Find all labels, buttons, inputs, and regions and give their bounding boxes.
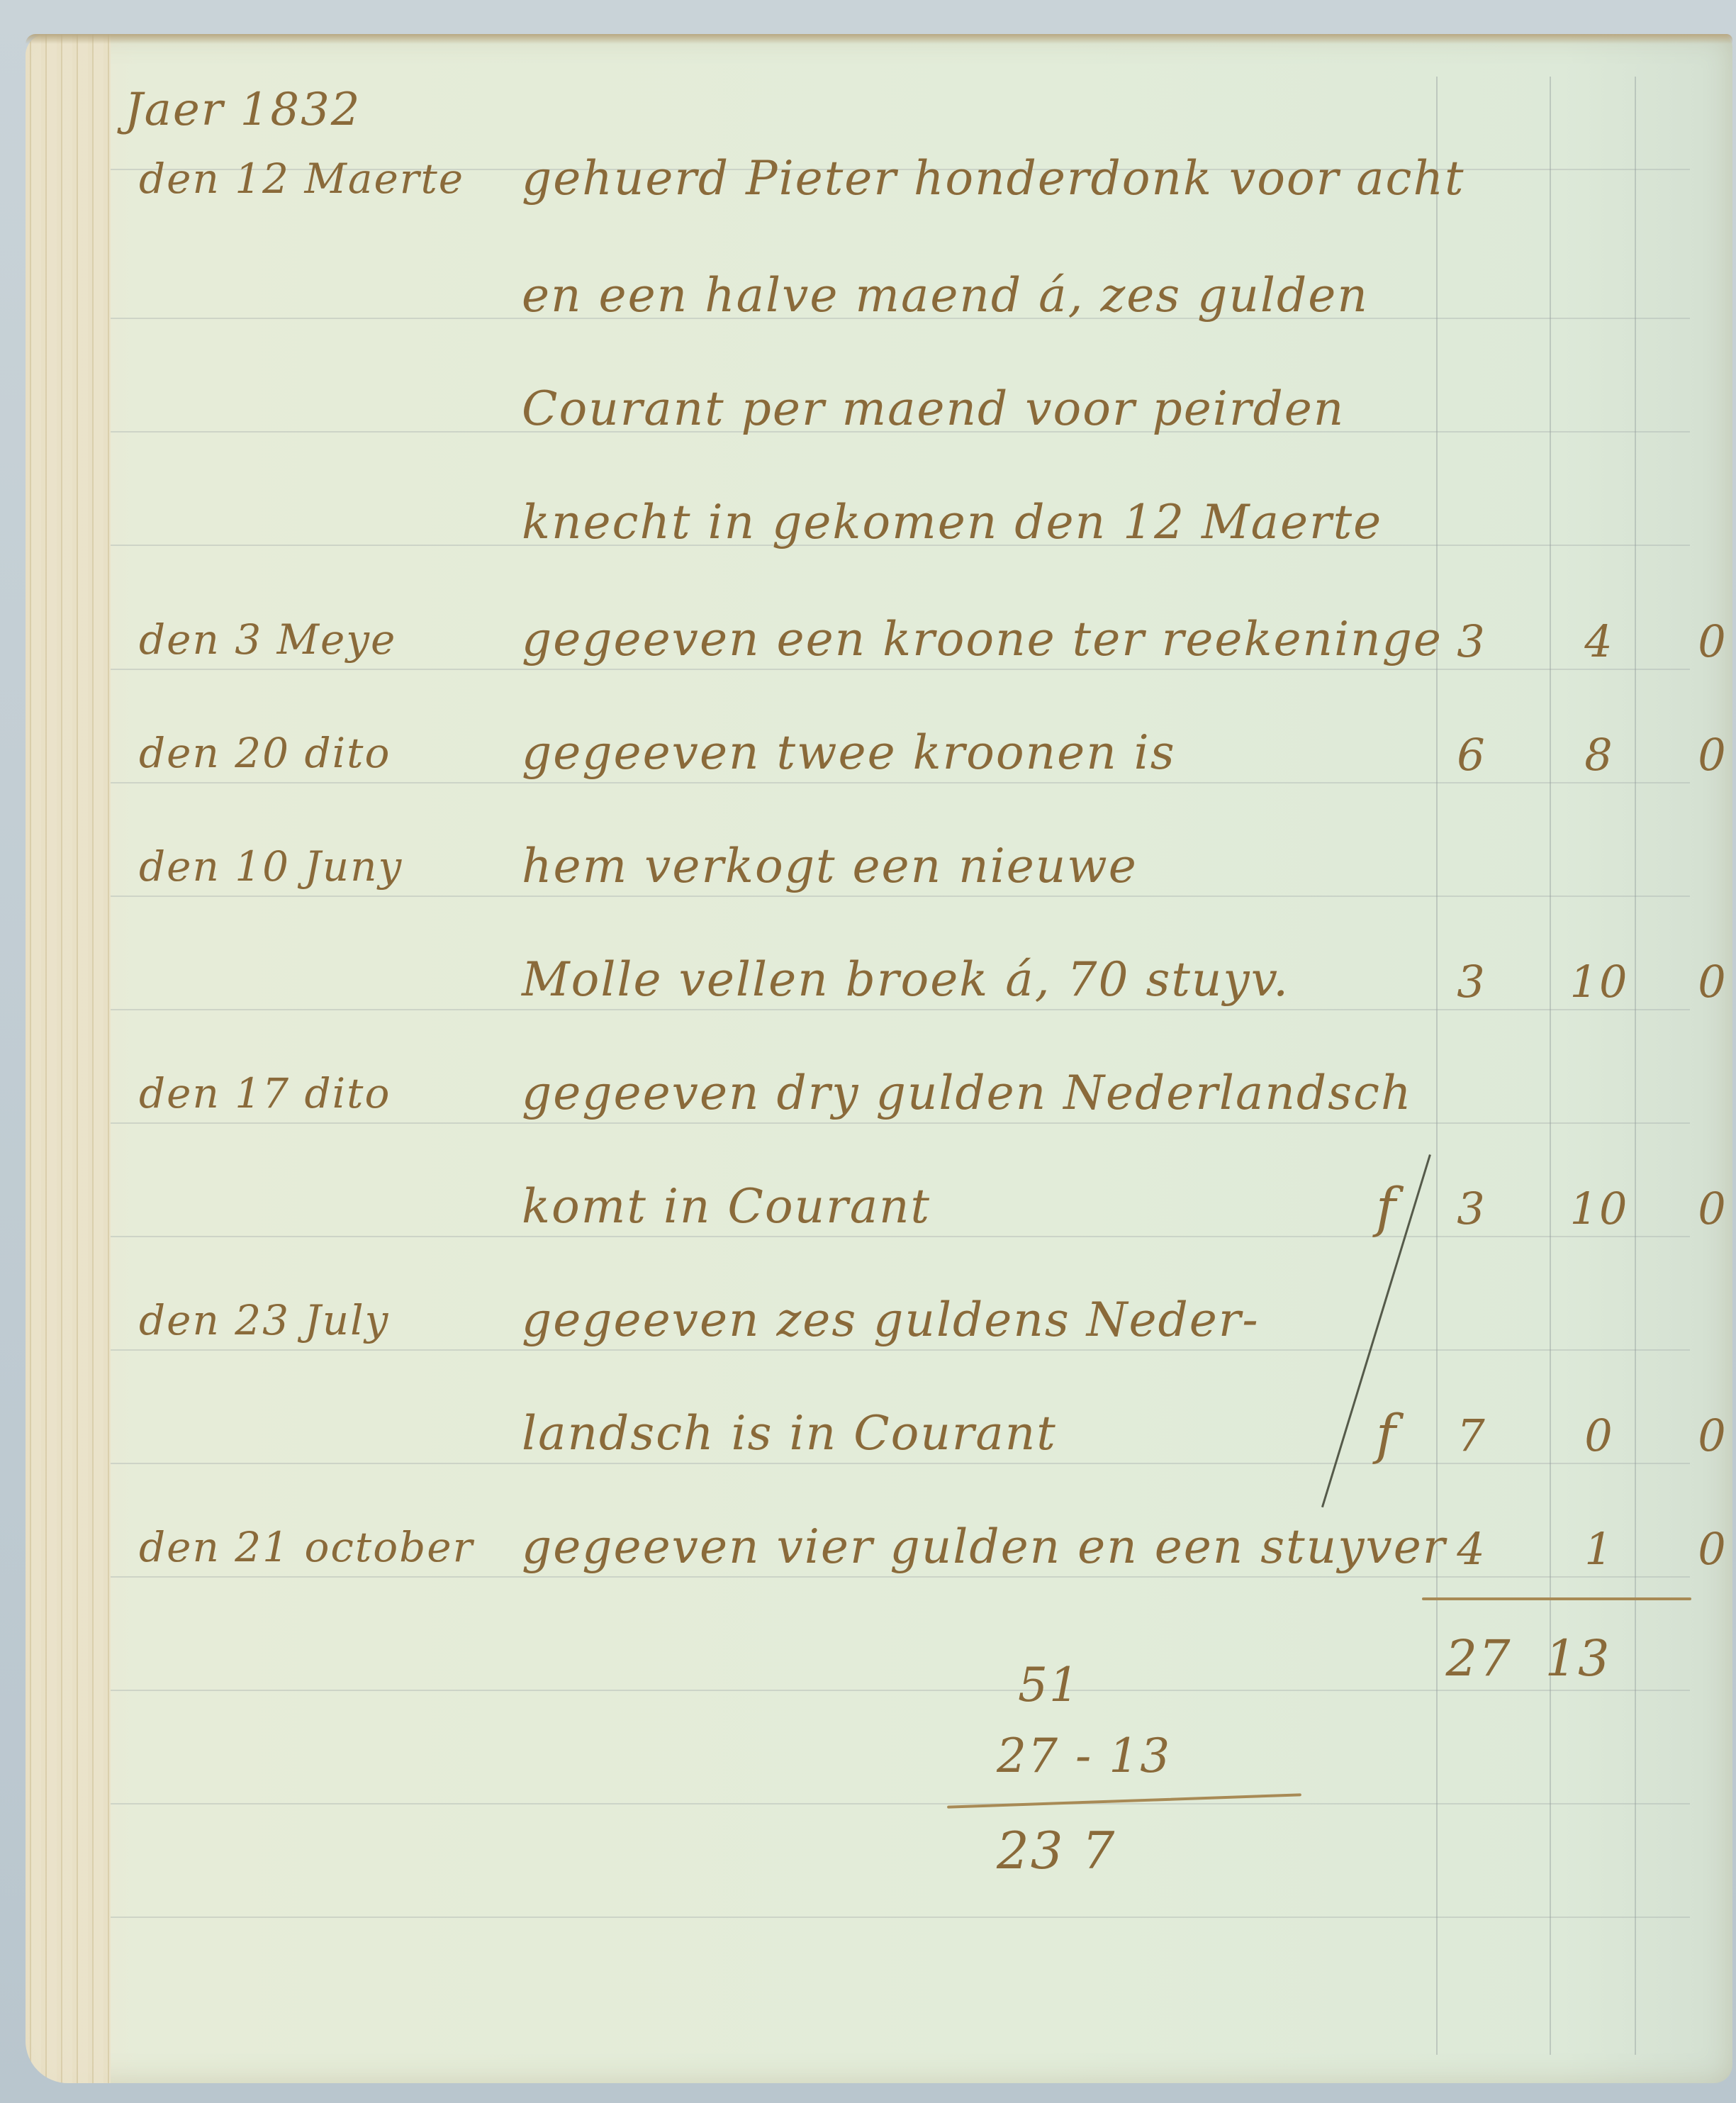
amount-penning: 0 <box>1670 1410 1736 1461</box>
entry-date: den 20 dito <box>139 729 391 777</box>
ruled-line <box>111 1917 1690 1918</box>
ruled-line <box>111 1122 1690 1124</box>
calc-result: 23 7 <box>997 1821 1116 1880</box>
column-rule-penning <box>1635 77 1636 2055</box>
entry-line: gegeeven zes guldens Neder- <box>522 1293 1260 1347</box>
entry-line: gegeeven dry gulden Nederlandsch <box>522 1066 1412 1120</box>
entry-date: den 12 Maerte <box>139 155 464 203</box>
entry-date: den 21 october <box>139 1523 474 1571</box>
entry-line: gegeeven vier gulden en een stuyver <box>522 1519 1446 1574</box>
amount-stuivers: 0 <box>1557 1410 1642 1461</box>
ruled-line <box>111 1463 1690 1464</box>
ruled-line <box>111 1803 1690 1804</box>
entry-line: en een halve maend á, zes gulden <box>522 268 1369 323</box>
amount-penning: 0 <box>1670 1523 1736 1575</box>
amount-penning: 0 <box>1670 956 1736 1008</box>
column-rule-gulden <box>1436 77 1438 2055</box>
sum-underline <box>1422 1597 1691 1600</box>
ruled-line <box>111 1236 1690 1237</box>
amount-penning: 0 <box>1670 1183 1736 1234</box>
page-heading: Jaer 1832 <box>125 84 362 136</box>
entry-date: den 23 July <box>139 1296 389 1344</box>
entry-line: landsch is in Courant <box>522 1406 1057 1461</box>
entry-line: gegeeven een kroone ter reekeninge <box>522 612 1443 666</box>
ruled-line <box>111 669 1690 670</box>
entry-line: knecht in gekomen den 12 Maerte <box>522 495 1382 550</box>
amount-gulden: 7 <box>1429 1410 1514 1461</box>
entry-line: gegeeven twee kroonen is <box>522 725 1176 780</box>
entry-line: hem verkogt een nieuwe <box>522 839 1138 893</box>
amount-gulden: 3 <box>1429 956 1514 1008</box>
florin-sign: f <box>1344 1402 1429 1466</box>
amount-stuivers: 1 <box>1557 1523 1642 1575</box>
total-stuivers: 13 <box>1535 1629 1620 1688</box>
ruled-line <box>111 896 1690 897</box>
entry-line: Molle vellen broek á, 70 stuyv. <box>522 952 1289 1007</box>
amount-penning: 0 <box>1670 615 1736 667</box>
calc-line-1: 51 <box>1018 1658 1080 1712</box>
entry-line: Courant per maend voor peirden <box>522 381 1345 436</box>
calc-underline <box>947 1793 1301 1808</box>
entry-date: den 17 dito <box>139 1069 391 1117</box>
column-rule-stuivers <box>1550 77 1551 2055</box>
calc-line-2: 27 - 13 <box>997 1729 1171 1783</box>
amount-gulden: 4 <box>1429 1523 1514 1575</box>
amount-gulden: 3 <box>1429 615 1514 667</box>
entry-date: den 10 Juny <box>139 842 403 891</box>
amount-gulden: 6 <box>1429 729 1514 781</box>
ruled-line <box>111 1349 1690 1351</box>
total-gulden: 27 <box>1436 1629 1521 1688</box>
amount-penning: 0 <box>1670 729 1736 781</box>
florin-sign: f <box>1344 1176 1429 1239</box>
entry-date: den 3 Meye <box>139 615 396 664</box>
ledger-page: Jaer 1832 den 12 Maerte gehuerd Pieter h… <box>26 34 1732 2083</box>
amount-gulden: 3 <box>1429 1183 1514 1234</box>
ruled-line <box>111 782 1690 783</box>
amount-stuivers: 8 <box>1557 729 1642 781</box>
amount-stuivers: 10 <box>1557 1183 1642 1234</box>
amount-stuivers: 10 <box>1557 956 1642 1008</box>
ruled-line <box>111 1690 1690 1691</box>
entry-line: komt in Courant <box>522 1179 931 1234</box>
entry-line: gehuerd Pieter honderdonk voor acht <box>522 151 1465 206</box>
ruled-line <box>111 1576 1690 1578</box>
ruled-line <box>111 1009 1690 1010</box>
amount-stuivers: 4 <box>1557 615 1642 667</box>
